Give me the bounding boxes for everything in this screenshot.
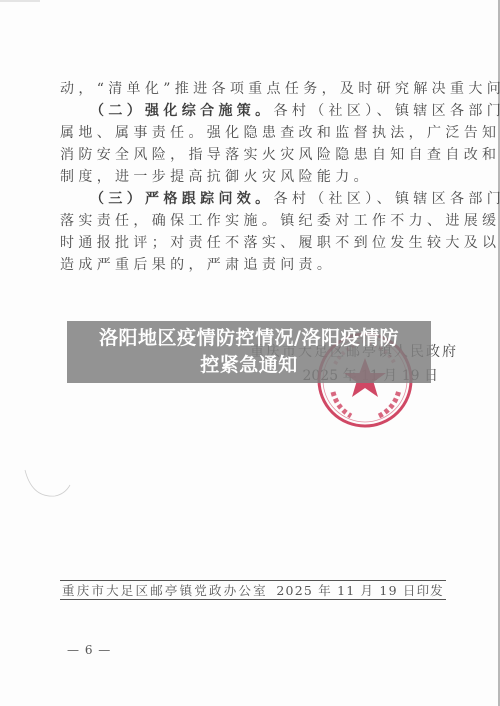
scan-artifact-arc [20, 440, 90, 510]
body-line: 消防安全风险，指导落实火灾风险隐患自知自查自改和公示管理 [60, 144, 444, 166]
body-line: 落实责任，确保工作实施。镇纪委对工作不力、进展缓慢的，及 [60, 210, 444, 232]
section-2-heading: （二）强化综合施策。 [90, 103, 274, 119]
body-line: 动，“清单化”推进各项重点任务，及时研究解决重大问题。 [60, 78, 444, 100]
footer-issued-date: 2025 年 11 月 19 日印发 [276, 581, 444, 599]
scan-corner-mark [0, 0, 40, 2]
footer-issuer: 重庆市大足区邮亭镇党政办公室 [62, 581, 268, 599]
document-body: 动，“清单化”推进各项重点任务，及时研究解决重大问题。 （二）强化综合施策。各村… [60, 78, 444, 276]
document-page: 动，“清单化”推进各项重点任务，及时研究解决重大问题。 （二）强化综合施策。各村… [0, 0, 500, 706]
body-line: 造成严重后果的，严肃追责问责。 [60, 254, 444, 276]
section-3-line: （三）严格跟踪问效。各村（社区）、镇辖区各部门要严格 [60, 188, 444, 210]
body-line: 属地、属事责任。强化隐患查改和监督执法，广泛告知社会单位 [60, 122, 444, 144]
overlay-title-line-1: 洛阳地区疫情防控情况/洛阳疫情防 [99, 325, 399, 352]
section-2-line: （二）强化综合施策。各村（社区）、镇辖区各部门要落实 [60, 100, 444, 122]
body-line: 时通报批评；对责任不落实、履职不到位发生较大及以上火灾， [60, 232, 444, 254]
document-footer: 重庆市大足区邮亭镇党政办公室 2025 年 11 月 19 日印发 [60, 580, 446, 600]
overlay-title-line-2: 控紧急通知 [200, 352, 298, 379]
title-overlay-banner: 洛阳地区疫情防控情况/洛阳疫情防 控紧急通知 [67, 321, 431, 383]
body-line: 制度，进一步提高抗御火灾风险能力。 [60, 166, 444, 188]
section-2-text: 各村（社区）、镇辖区各部门要落实 [274, 103, 500, 119]
section-3-heading: （三）严格跟踪问效。 [90, 191, 274, 207]
section-3-text: 各村（社区）、镇辖区各部门要严格 [274, 191, 500, 207]
page-number: — 6 — [67, 643, 111, 657]
